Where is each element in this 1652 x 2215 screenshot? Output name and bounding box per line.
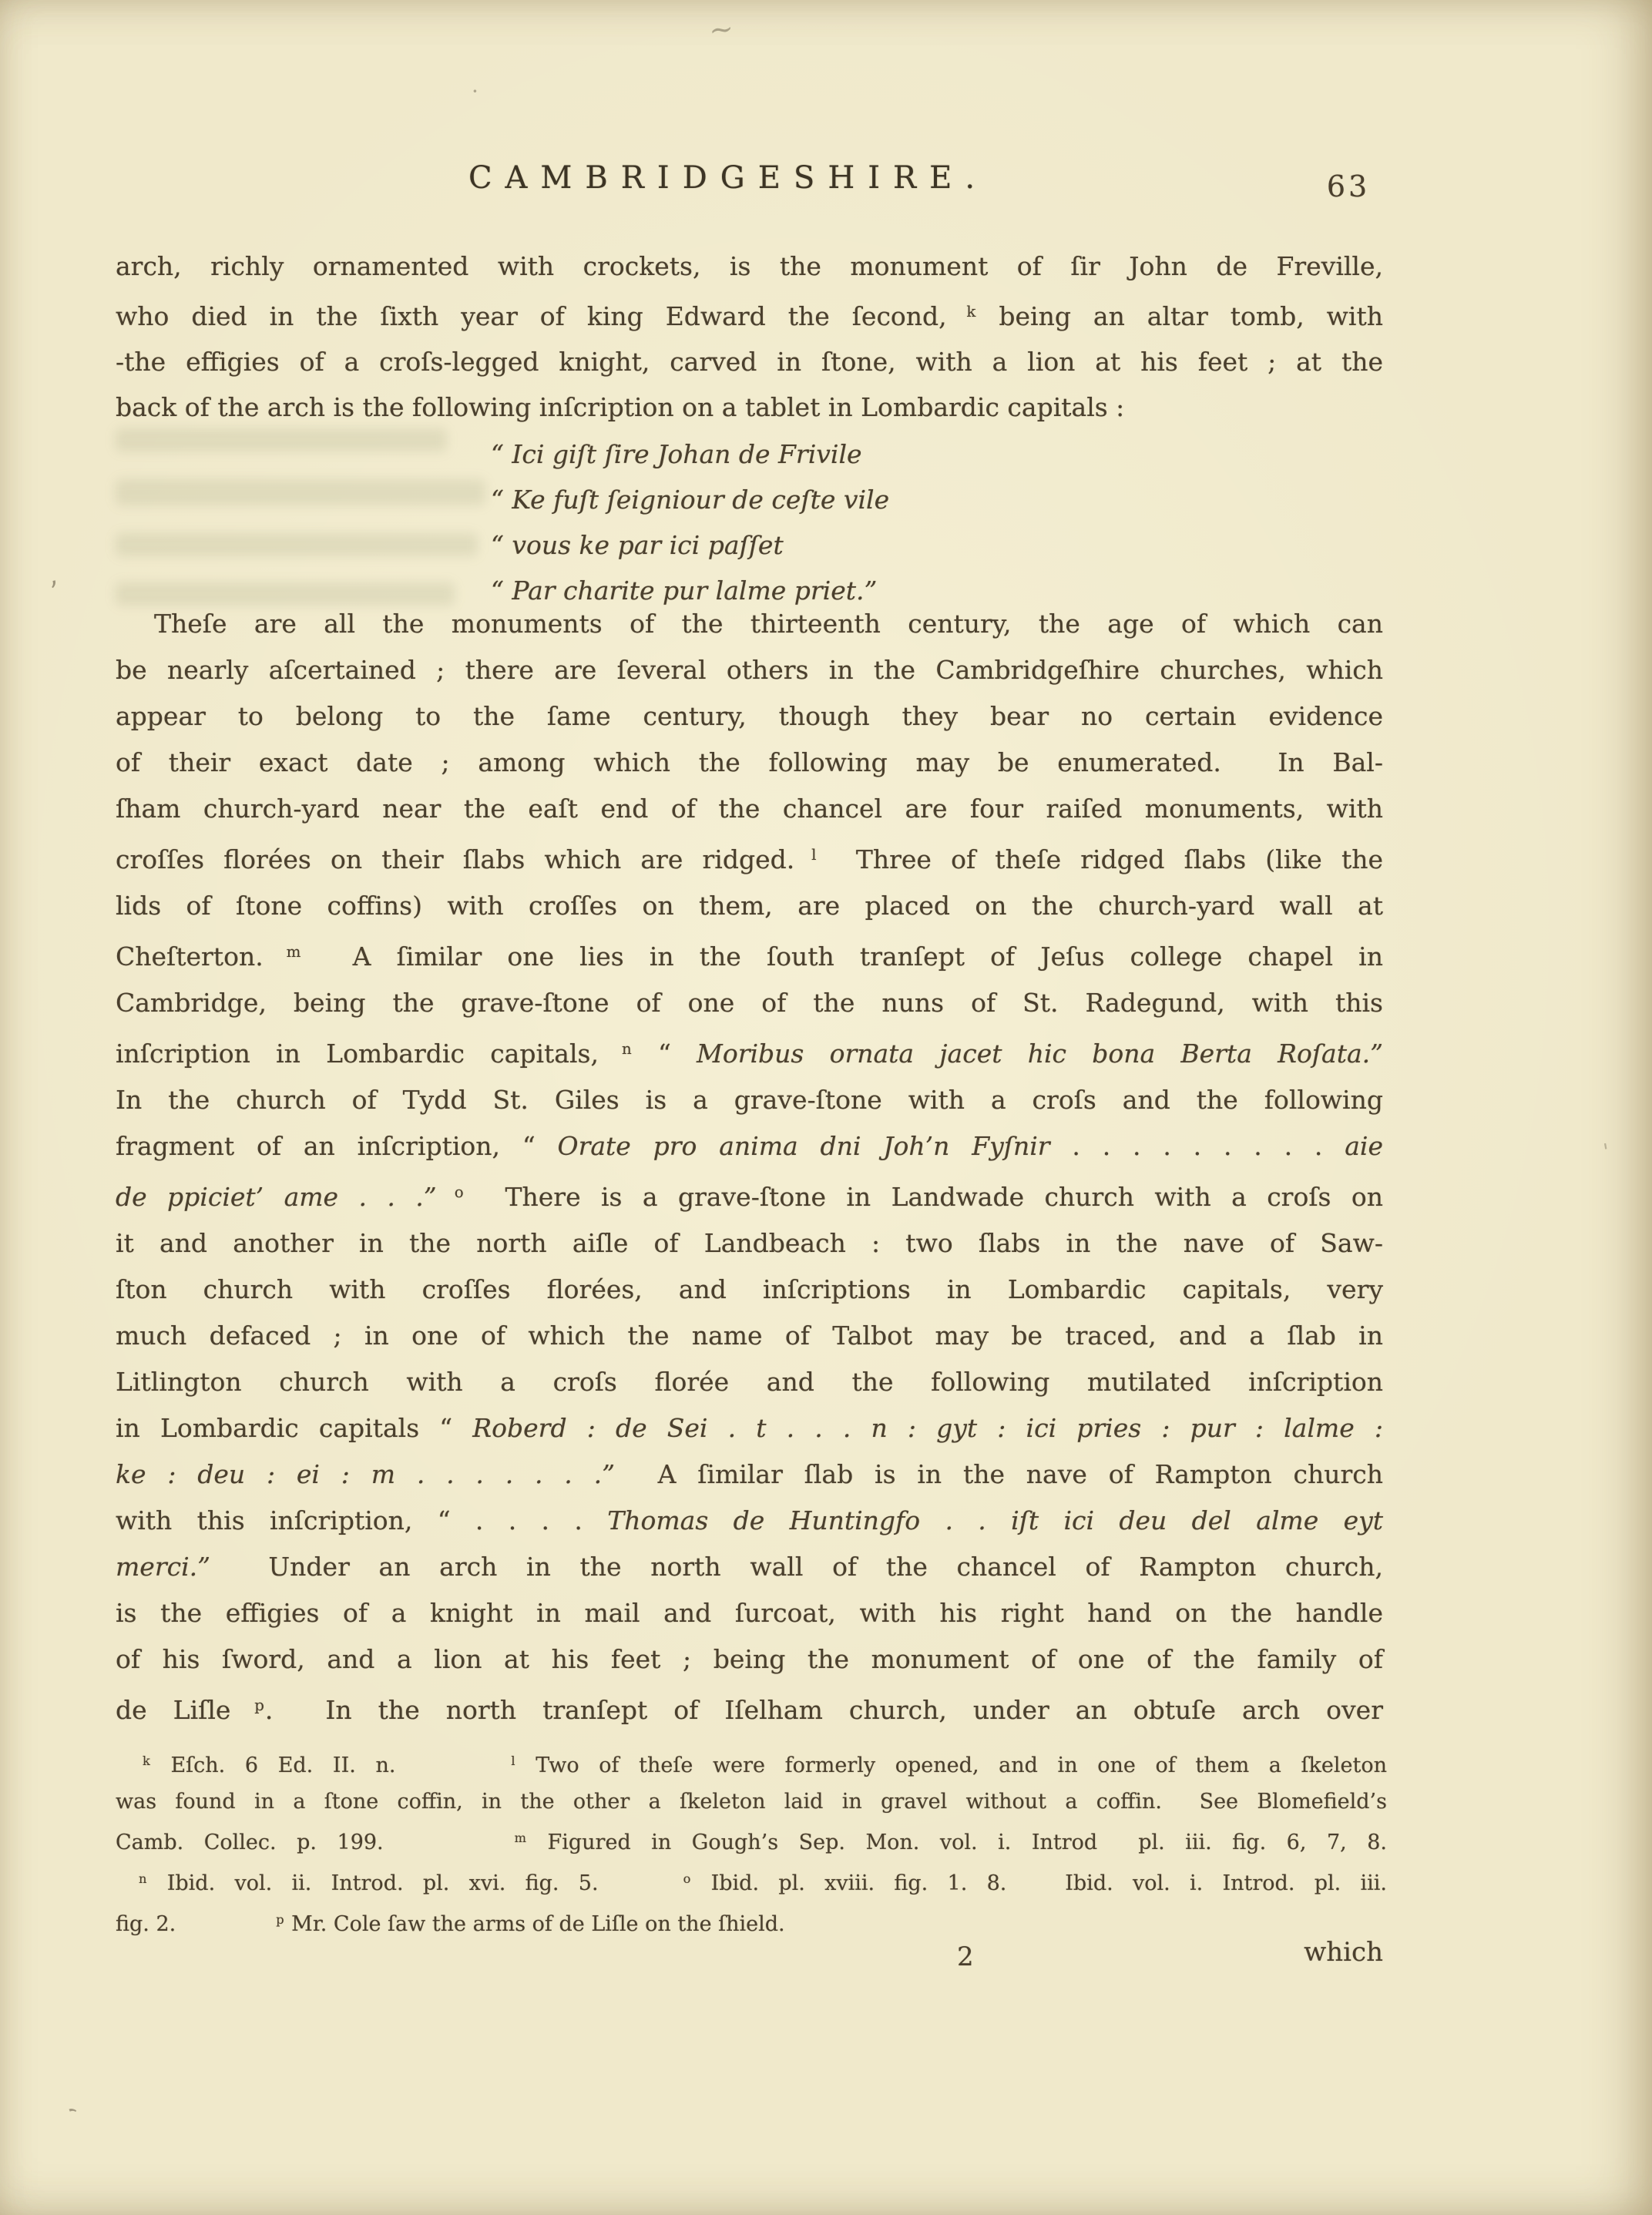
text-segment: Ibid. pl. xviii. fig. 1. 8. Ibid. vol. i…: [691, 1871, 1387, 1895]
text-segment: Roberd : de Sei . t . . . n : gyt : ici …: [472, 1413, 1383, 1443]
text-segment: . In the north tranſept of Iſelham churc…: [265, 1694, 1383, 1724]
text-segment: There is a grave-ſtone in Landwade churc…: [465, 1182, 1383, 1212]
text-line: de ppiciet’ ame . . .” o There is a grav…: [116, 1170, 1383, 1220]
footnote-marker: m: [515, 1831, 527, 1845]
text-segment: Litlington church with a croſs florée an…: [116, 1367, 1383, 1397]
text-line: with this inſcription, “ . . . . Thomas …: [116, 1498, 1383, 1544]
text-line: fig. 2.p Mr. Cole ſaw the arms of de Liſ…: [116, 1901, 1387, 1942]
text-segment: “: [633, 1039, 697, 1069]
text-line: Camb. Collec. p. 199.m Figured in Gough’…: [116, 1820, 1387, 1861]
text-line: -the effigies of a croſs-legged knight, …: [116, 339, 1383, 384]
text-line: much defaced ; in one of which the name …: [116, 1313, 1383, 1359]
text-line: k Eſch. 6 Ed. II. n.l Two of theſe were …: [116, 1743, 1387, 1784]
text-segment: [176, 1930, 276, 1931]
text-line: of their exact date ; among which the fo…: [116, 740, 1383, 786]
text-line: who died in the ſixth year of king Edwar…: [116, 289, 1383, 339]
text-line: it and another in the north aiſle of Lan…: [116, 1220, 1383, 1267]
text-segment: Orate pro anima dni Joh’n Fyſnir: [558, 1131, 1050, 1161]
text-line: ſton church with croſſes florées, and in…: [116, 1267, 1383, 1313]
text-segment: Ibid. vol. ii. Introd. pl. xvi. fig. 5.: [147, 1871, 598, 1895]
text-line: de Liſle p. In the north tranſept of Iſe…: [116, 1683, 1383, 1733]
page-number: 63: [1310, 169, 1387, 203]
text-segment: Eſch. 6 Ed. II. n.: [151, 1754, 396, 1777]
text-segment: is the effigies of a knight in mail and …: [116, 1598, 1383, 1628]
text-line: n Ibid. vol. ii. Introd. pl. xvi. fig. 5…: [116, 1861, 1387, 1901]
text-segment: de Liſle: [116, 1694, 230, 1724]
text-segment: de ppiciet’ ame . . .”: [116, 1182, 437, 1212]
paragraph-freville-monument: arch, richly ornamented with crockets, i…: [116, 243, 1383, 430]
text-segment: Moribus ornata jacet hic bona Berta Roſa…: [697, 1039, 1383, 1069]
footnote-marker: p: [230, 1696, 264, 1714]
footnotes-block: k Eſch. 6 Ed. II. n.l Two of theſe were …: [116, 1743, 1387, 1942]
text-segment: In the church of Tydd St. Giles is a gra…: [116, 1085, 1383, 1115]
text-segment: who died in the ſixth year of king Edwar…: [116, 301, 947, 331]
footnote-marker: m: [264, 943, 302, 961]
text-line: “ Ici giſt ſire Johan de Frivile: [491, 431, 889, 477]
text-line: be nearly aſcertained ; there are ſevera…: [116, 647, 1383, 693]
book-page-scan: CAMBRIDGESHIRE. 63 arch, richly ornament…: [0, 0, 1652, 2215]
text-line: is the effigies of a knight in mail and …: [116, 1590, 1383, 1636]
text-segment: fragment of an inſcription, “: [116, 1131, 558, 1161]
text-segment: much defaced ; in one of which the name …: [116, 1321, 1383, 1351]
text-segment: Camb. Collec. p. 199.: [116, 1831, 384, 1854]
text-segment: of his ſword, and a lion at his feet ; b…: [116, 1644, 1383, 1674]
footnote-marker: p: [276, 1912, 284, 1927]
text-line: Theſe are all the monuments of the thirt…: [116, 601, 1383, 647]
show-through-smudge: [116, 479, 485, 505]
ink-speck: ·: [472, 79, 478, 104]
text-line: Cambridge, being the grave-ſtone of one …: [116, 980, 1383, 1026]
text-segment: Cambridge, being the grave-ſtone of one …: [116, 988, 1383, 1018]
text-line: of his ſword, and a lion at his feet ; b…: [116, 1636, 1383, 1683]
show-through-smudge: [116, 428, 447, 451]
text-line: appear to belong to the ſame century, th…: [116, 693, 1383, 740]
text-segment: [395, 1771, 511, 1772]
text-line: Cheſterton. m A ſimilar one lies in the …: [116, 929, 1383, 980]
text-segment: Under an arch in the north wall of the c…: [210, 1552, 1383, 1582]
text-segment: Mr. Cole ſaw the arms of de Liſle on the…: [285, 1912, 785, 1936]
text-segment: Three of theſe ridged ſlabs (like the: [818, 844, 1383, 874]
ink-speck: ,: [44, 559, 60, 592]
footnote-marker: k: [947, 303, 977, 321]
paragraph-thirteenth-century-monuments: Theſe are all the monuments of the thirt…: [116, 601, 1383, 1733]
text-segment: “ Ici giſt ſire Johan de Frivile: [491, 439, 862, 469]
text-line: merci.” Under an arch in the north wall …: [116, 1544, 1383, 1590]
text-segment: with this inſcription, “ . . . .: [116, 1505, 607, 1535]
footnote-marker: n: [139, 1871, 147, 1886]
text-segment: fig. 2.: [116, 1912, 176, 1936]
text-segment: Figured in Gough’s Sep. Mon. vol. i. Int…: [527, 1831, 1387, 1854]
lombardic-inscription-quote: “ Ici giſt ſire Johan de Frivile“ Ke fuſ…: [491, 431, 889, 613]
text-segment: be nearly aſcertained ; there are ſevera…: [116, 655, 1383, 685]
text-line: Litlington church with a croſs florée an…: [116, 1359, 1383, 1405]
text-line: “ Ke fuſt ſeigniour de ceſte vile: [491, 477, 889, 522]
text-segment: croſſes florées on their ſlabs which are…: [116, 844, 794, 874]
text-segment: ſham church-yard near the eaſt end of th…: [116, 794, 1383, 824]
text-segment: being an altar tomb, with: [976, 301, 1383, 331]
text-segment: Cheſterton.: [116, 941, 264, 972]
text-segment: [599, 1889, 683, 1890]
text-line: croſſes florées on their ſlabs which are…: [116, 832, 1383, 883]
text-line: fragment of an inſcription, “ Orate pro …: [116, 1123, 1383, 1170]
text-segment: . . . . . . . . .: [1050, 1131, 1345, 1161]
text-segment: -the effigies of a croſs-legged knight, …: [116, 347, 1383, 377]
footnote-marker: o: [683, 1871, 692, 1886]
text-segment: it and another in the north aiſle of Lan…: [116, 1228, 1383, 1258]
text-line: arch, richly ornamented with crockets, i…: [116, 243, 1383, 289]
text-line: “ vous ke par ici paſſet: [491, 522, 889, 568]
footnote-marker: l: [794, 846, 817, 864]
text-segment: inſcription in Lombardic capitals,: [116, 1039, 599, 1069]
text-segment: merci.”: [116, 1552, 210, 1582]
text-line: In the church of Tydd St. Giles is a gra…: [116, 1077, 1383, 1123]
footnote-marker: n: [599, 1040, 633, 1058]
text-segment: “ vous ke par ici paſſet: [491, 530, 784, 560]
text-segment: in Lombardic capitals “: [116, 1413, 472, 1443]
ink-speck: ~: [707, 11, 735, 47]
text-segment: arch, richly ornamented with crockets, i…: [116, 251, 1383, 281]
show-through-smudge: [116, 533, 478, 556]
text-segment: A ſimilar ſlab is in the nave of Rampton…: [615, 1459, 1383, 1489]
text-segment: Theſe are all the monuments of the thirt…: [154, 609, 1383, 639]
text-segment: Thomas de Huntingfo . . iſt ici deu del …: [607, 1505, 1383, 1535]
ink-speck: -: [1593, 1139, 1620, 1152]
text-segment: ſton church with croſſes florées, and in…: [116, 1274, 1383, 1304]
ink-speck: ,: [49, 2103, 80, 2122]
text-segment: “ Ke fuſt ſeigniour de ceſte vile: [491, 485, 889, 515]
catchword: which: [116, 1937, 1383, 1968]
text-segment: Two of theſe were formerly opened, and i…: [516, 1754, 1387, 1777]
text-line: was found in a ſtone coffin, in the othe…: [116, 1784, 1387, 1820]
text-segment: back of the arch is the following inſcri…: [116, 392, 1124, 422]
text-segment: lids of ſtone coffins) with croſſes on t…: [116, 891, 1383, 921]
text-segment: aie: [1345, 1131, 1383, 1161]
text-line: lids of ſtone coffins) with croſſes on t…: [116, 883, 1383, 929]
text-line: back of the arch is the following inſcri…: [116, 384, 1383, 430]
text-segment: was found in a ſtone coffin, in the othe…: [116, 1790, 1387, 1814]
footnote-marker: o: [437, 1183, 465, 1201]
text-segment: ke : deu : ei : m . . . . . . .”: [116, 1459, 615, 1489]
text-segment: appear to belong to the ſame century, th…: [116, 701, 1383, 731]
text-segment: A ſimilar one lies in the ſouth tranſept…: [301, 941, 1383, 972]
text-line: ſham church-yard near the eaſt end of th…: [116, 786, 1383, 832]
text-line: in Lombardic capitals “ Roberd : de Sei …: [116, 1405, 1383, 1451]
text-line: inſcription in Lombardic capitals, n “ M…: [116, 1026, 1383, 1077]
footnote-marker: k: [143, 1754, 151, 1768]
text-line: ke : deu : ei : m . . . . . . .” A ſimil…: [116, 1451, 1383, 1498]
text-segment: of their exact date ; among which the fo…: [116, 747, 1383, 777]
running-header-title: CAMBRIDGESHIRE.: [0, 160, 1456, 196]
text-segment: [384, 1848, 515, 1849]
